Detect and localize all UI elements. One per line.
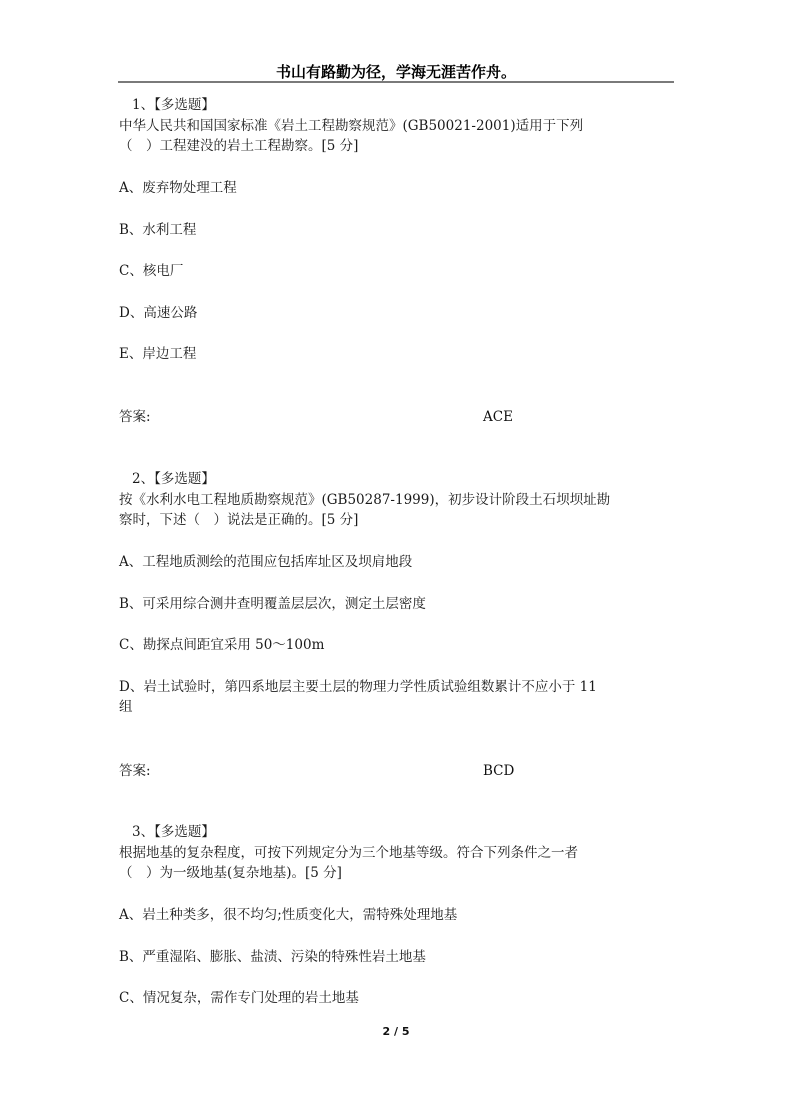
- question-2-option-b: B、可采用综合测井查明覆盖层层次，测定土层密度: [119, 594, 426, 614]
- question-1-option-b: B、水利工程: [119, 220, 196, 240]
- question-1-number: 1、【多选题】: [132, 95, 215, 115]
- question-1-option-a: A、废弃物处理工程: [119, 178, 237, 198]
- question-1-option-c: C、核电厂: [119, 261, 183, 281]
- question-1-answer-value: ACE: [483, 407, 513, 427]
- question-2-option-d-cont: 组: [119, 697, 133, 717]
- document-page: 书山有路勤为径，学海无涯苦作舟。 1、【多选题】 中华人民共和国国家标准《岩土工…: [0, 0, 792, 1120]
- question-2-option-d: D、岩土试验时，第四系地层主要土层的物理力学性质试验组数累计不应小于 11: [119, 677, 597, 697]
- question-3-number: 3、【多选题】: [132, 822, 215, 842]
- question-2-option-c: C、勘探点间距宜采用 50～100m: [119, 635, 324, 655]
- question-3-option-c: C、情况复杂，需作专门处理的岩土地基: [119, 988, 359, 1008]
- question-2-number: 2、【多选题】: [132, 469, 215, 489]
- question-2-stem-line2: 察时，下述（ ）说法是正确的。[5 分]: [119, 510, 358, 530]
- question-1-stem-line2: （ ）工程建没的岩土工程勘察。[5 分]: [119, 136, 358, 156]
- page-indicator: 2 / 5: [0, 1025, 792, 1038]
- question-1-option-d: D、高速公路: [119, 303, 197, 323]
- question-1-stem-line1: 中华人民共和国国家标准《岩土工程勘察规范》(GB50021-2001)适用于下列: [119, 116, 583, 136]
- header-divider: [118, 81, 674, 83]
- question-2-option-a: A、工程地质测绘的范围应包括库址区及坝肩地段: [119, 552, 412, 572]
- question-3-option-a: A、岩土种类多，很不均匀;性质变化大，需特殊处理地基: [119, 905, 457, 925]
- question-1-option-e: E、岸边工程: [119, 344, 196, 364]
- question-2-answer-value: BCD: [483, 761, 514, 781]
- question-1-answer-label: 答案:: [119, 407, 151, 427]
- question-3-option-b: B、严重湿陷、膨胀、盐渍、污染的特殊性岩土地基: [119, 947, 426, 967]
- question-2-stem-line1: 按《水利水电工程地质勘察规范》(GB50287-1999)，初步设计阶段土石坝坝…: [119, 490, 610, 510]
- question-3-stem-line2: （ ）为一级地基(复杂地基)。[5 分]: [119, 863, 342, 883]
- header-motto: 书山有路勤为径，学海无涯苦作舟。: [0, 61, 792, 82]
- question-2-answer-label: 答案:: [119, 761, 151, 781]
- question-3-stem-line1: 根据地基的复杂程度，可按下列规定分为三个地基等级。符合下列条件之一者: [119, 843, 578, 863]
